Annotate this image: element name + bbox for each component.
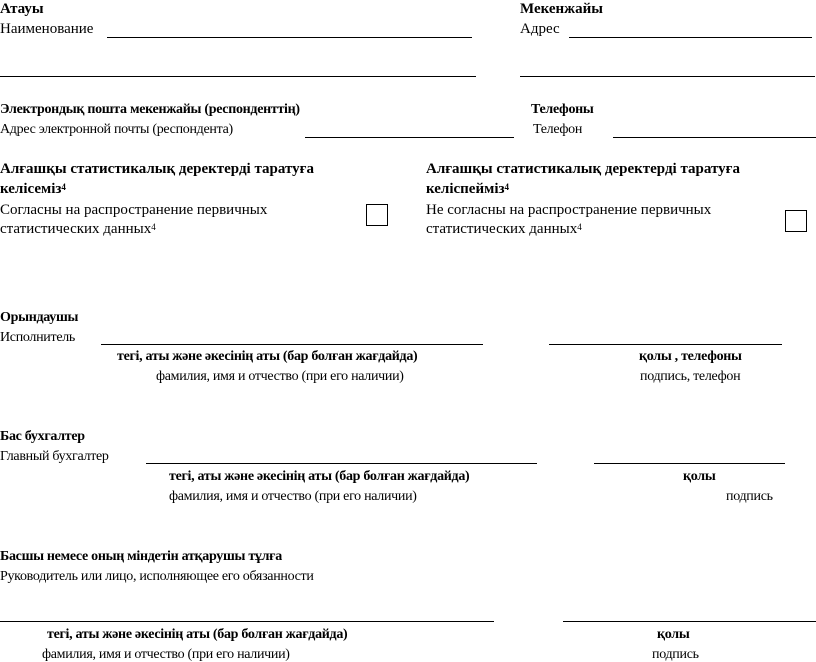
consent-yes-title-kz-1: Алғашқы статистикалық деректерді таратуғ… bbox=[0, 160, 314, 179]
phone-input[interactable] bbox=[613, 120, 816, 138]
executor-label-ru: Исполнитель bbox=[0, 328, 75, 347]
head-label-ru: Руководитель или лицо, исполняющее его о… bbox=[0, 567, 314, 586]
head-fio-input[interactable] bbox=[0, 604, 494, 622]
consent-no-title-kz-1: Алғашқы статистикалық деректерді таратуғ… bbox=[426, 160, 740, 179]
name-input[interactable] bbox=[107, 20, 472, 38]
name-input-line2[interactable] bbox=[0, 58, 476, 76]
consent-no-label-ru-2: статистических данных4 bbox=[426, 220, 582, 239]
phone-label-ru: Телефон bbox=[533, 120, 582, 139]
consent-no-title-kz-2: келіспейміз4 bbox=[426, 180, 509, 199]
head-sign-ru: подпись bbox=[652, 645, 699, 662]
consent-yes-label-ru-1: Согласны на распространение первичных bbox=[0, 201, 267, 220]
consent-no-checkbox[interactable] bbox=[785, 210, 807, 232]
address-label-ru: Адрес bbox=[520, 20, 560, 39]
executor-title-kz: Орындаушы bbox=[0, 308, 78, 327]
address-input[interactable] bbox=[569, 20, 812, 38]
accountant-fio-kz: тегі, аты және әкесінің аты (бар болған … bbox=[169, 467, 469, 486]
head-sign-kz: қолы bbox=[657, 625, 689, 644]
executor-fio-kz: тегі, аты және әкесінің аты (бар болған … bbox=[117, 347, 417, 366]
executor-sign-input[interactable] bbox=[549, 327, 782, 345]
accountant-fio-ru: фамилия, имя и отчество (при его наличии… bbox=[169, 487, 417, 506]
consent-yes-title-kz-2: келісеміз4 bbox=[0, 180, 66, 199]
accountant-label-ru: Главный бухгалтер bbox=[0, 447, 109, 466]
consent-no-label-ru-1: Не согласны на распространение первичных bbox=[426, 201, 711, 220]
consent-yes-checkbox[interactable] bbox=[366, 204, 388, 226]
executor-sign-ru: подпись, телефон bbox=[640, 367, 740, 386]
accountant-sign-input[interactable] bbox=[594, 446, 785, 464]
address-input-line2[interactable] bbox=[520, 58, 815, 76]
accountant-sign-ru: подпись bbox=[726, 487, 773, 506]
accountant-fio-input[interactable] bbox=[146, 446, 537, 464]
head-sign-input[interactable] bbox=[563, 604, 816, 622]
executor-fio-ru: фамилия, имя и отчество (при его наличии… bbox=[156, 367, 404, 386]
executor-sign-kz: қолы , телефоны bbox=[639, 347, 742, 366]
email-input[interactable] bbox=[305, 120, 514, 138]
accountant-sign-kz: қолы bbox=[683, 467, 715, 486]
email-title-kz: Электрондық пошта мекенжайы (респондентт… bbox=[0, 100, 300, 119]
head-fio-ru: фамилия, имя и отчество (при его наличии… bbox=[42, 645, 290, 662]
email-label-ru: Адрес электронной почты (респондента) bbox=[0, 120, 233, 139]
consent-yes-label-ru-2: статистических данных4 bbox=[0, 220, 156, 239]
name-title-kz: Атауы bbox=[0, 0, 44, 19]
head-fio-kz: тегі, аты және әкесінің аты (бар болған … bbox=[47, 625, 347, 644]
phone-title-kz: Телефоны bbox=[531, 100, 594, 119]
head-title-kz: Басшы немесе оның міндетін атқарушы тұлғ… bbox=[0, 547, 282, 566]
name-label-ru: Наименование bbox=[0, 20, 93, 39]
address-title-kz: Мекенжайы bbox=[520, 0, 603, 19]
executor-fio-input[interactable] bbox=[101, 327, 483, 345]
accountant-title-kz: Бас бухгалтер bbox=[0, 427, 85, 446]
